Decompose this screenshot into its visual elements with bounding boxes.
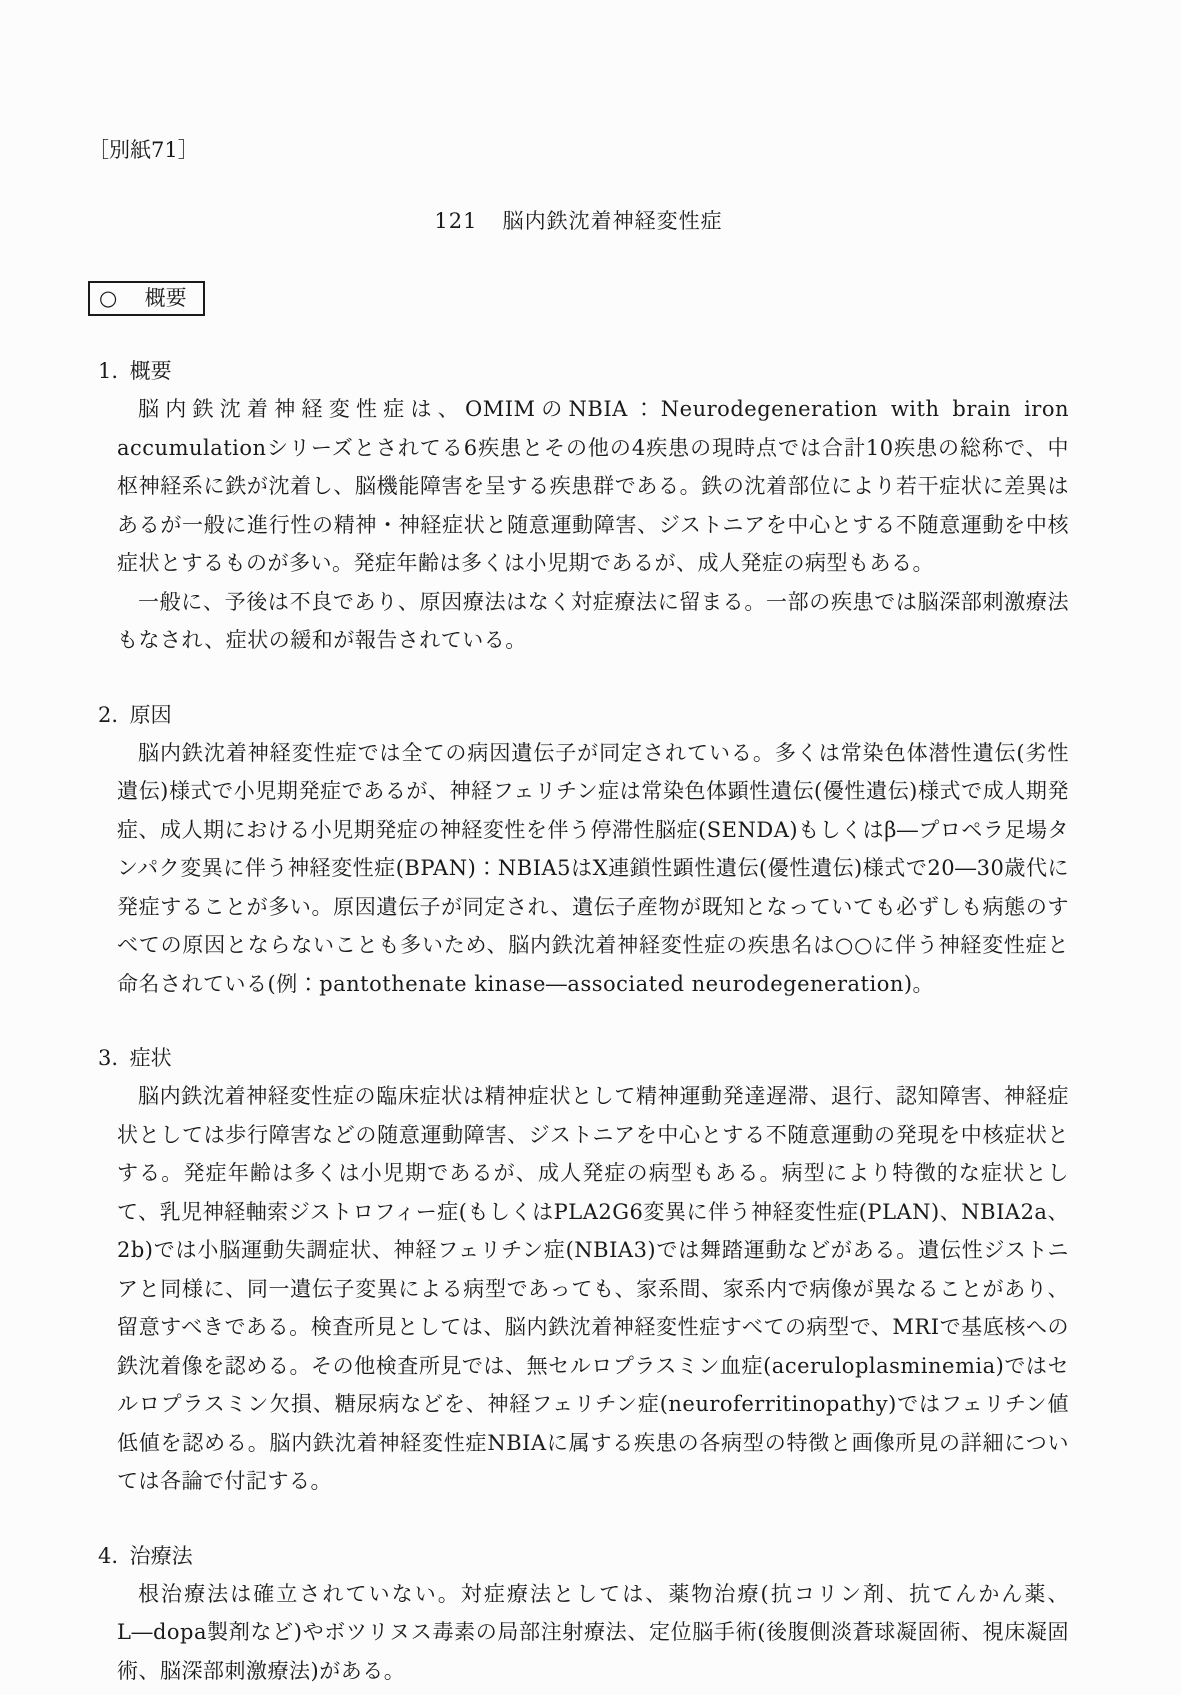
- overview-circle-symbol: ○: [99, 286, 117, 310]
- paragraph: 脳内鉄沈着神経変性症では全ての病因遺伝子が同定されている。多くは常染色体潜性遺伝…: [117, 734, 1069, 1004]
- section-number: 3.: [98, 1046, 118, 1070]
- title-text: 脳内鉄沈着神経変性症: [503, 209, 723, 233]
- section-number: 2.: [98, 703, 118, 727]
- document-page: ［別紙71］ 121脳内鉄沈着神経変性症 ○概要 1.概要脳内鉄沈着神経変性症は…: [0, 0, 1181, 1695]
- section-number: 4.: [98, 1544, 118, 1568]
- section-title: 治療法: [130, 1544, 193, 1568]
- section-title: 概要: [130, 359, 172, 383]
- title-number: 121: [434, 209, 477, 233]
- section-4: 4.治療法根治療法は確立されていない。対症療法としては、薬物治療(抗コリン剤、抗…: [98, 1537, 1069, 1691]
- section-2: 2.原因脳内鉄沈着神経変性症では全ての病因遺伝子が同定されている。多くは常染色体…: [98, 696, 1069, 1004]
- section-title: 症状: [130, 1046, 172, 1070]
- section-body: 根治療法は確立されていない。対症療法としては、薬物治療(抗コリン剤、抗てんかん薬…: [117, 1575, 1069, 1691]
- section-title: 原因: [130, 703, 172, 727]
- paragraph: 脳内鉄沈着神経変性症は、OMIMのNBIA：Neurodegeneration …: [117, 390, 1069, 583]
- section-number: 1.: [98, 359, 118, 383]
- section-3: 3.症状脳内鉄沈着神経変性症の臨床症状は精神症状として精神運動発達遅滞、退行、認…: [98, 1039, 1069, 1501]
- attachment-label: ［別紙71］: [88, 138, 1069, 163]
- section-1: 1.概要脳内鉄沈着神経変性症は、OMIMのNBIA：Neurodegenerat…: [98, 352, 1069, 660]
- sections-container: 1.概要脳内鉄沈着神経変性症は、OMIMのNBIA：Neurodegenerat…: [88, 352, 1069, 1690]
- section-heading: 1.概要: [98, 352, 1069, 390]
- section-heading: 2.原因: [98, 696, 1069, 734]
- section-heading: 3.症状: [98, 1039, 1069, 1077]
- section-body: 脳内鉄沈着神経変性症では全ての病因遺伝子が同定されている。多くは常染色体潜性遺伝…: [117, 734, 1069, 1004]
- paragraph: 一般に、予後は不良であり、原因療法はなく対症療法に留まる。一部の疾患では脳深部刺…: [117, 583, 1069, 660]
- section-body: 脳内鉄沈着神経変性症は、OMIMのNBIA：Neurodegeneration …: [117, 390, 1069, 660]
- section-body: 脳内鉄沈着神経変性症の臨床症状は精神症状として精神運動発達遅滞、退行、認知障害、…: [117, 1077, 1069, 1501]
- paragraph: 根治療法は確立されていない。対症療法としては、薬物治療(抗コリン剤、抗てんかん薬…: [117, 1575, 1069, 1691]
- page-title: 121脳内鉄沈着神経変性症: [88, 205, 1069, 235]
- section-heading: 4.治療法: [98, 1537, 1069, 1575]
- overview-box: ○概要: [88, 281, 205, 316]
- overview-label: 概要: [145, 286, 187, 310]
- paragraph: 脳内鉄沈着神経変性症の臨床症状は精神症状として精神運動発達遅滞、退行、認知障害、…: [117, 1077, 1069, 1501]
